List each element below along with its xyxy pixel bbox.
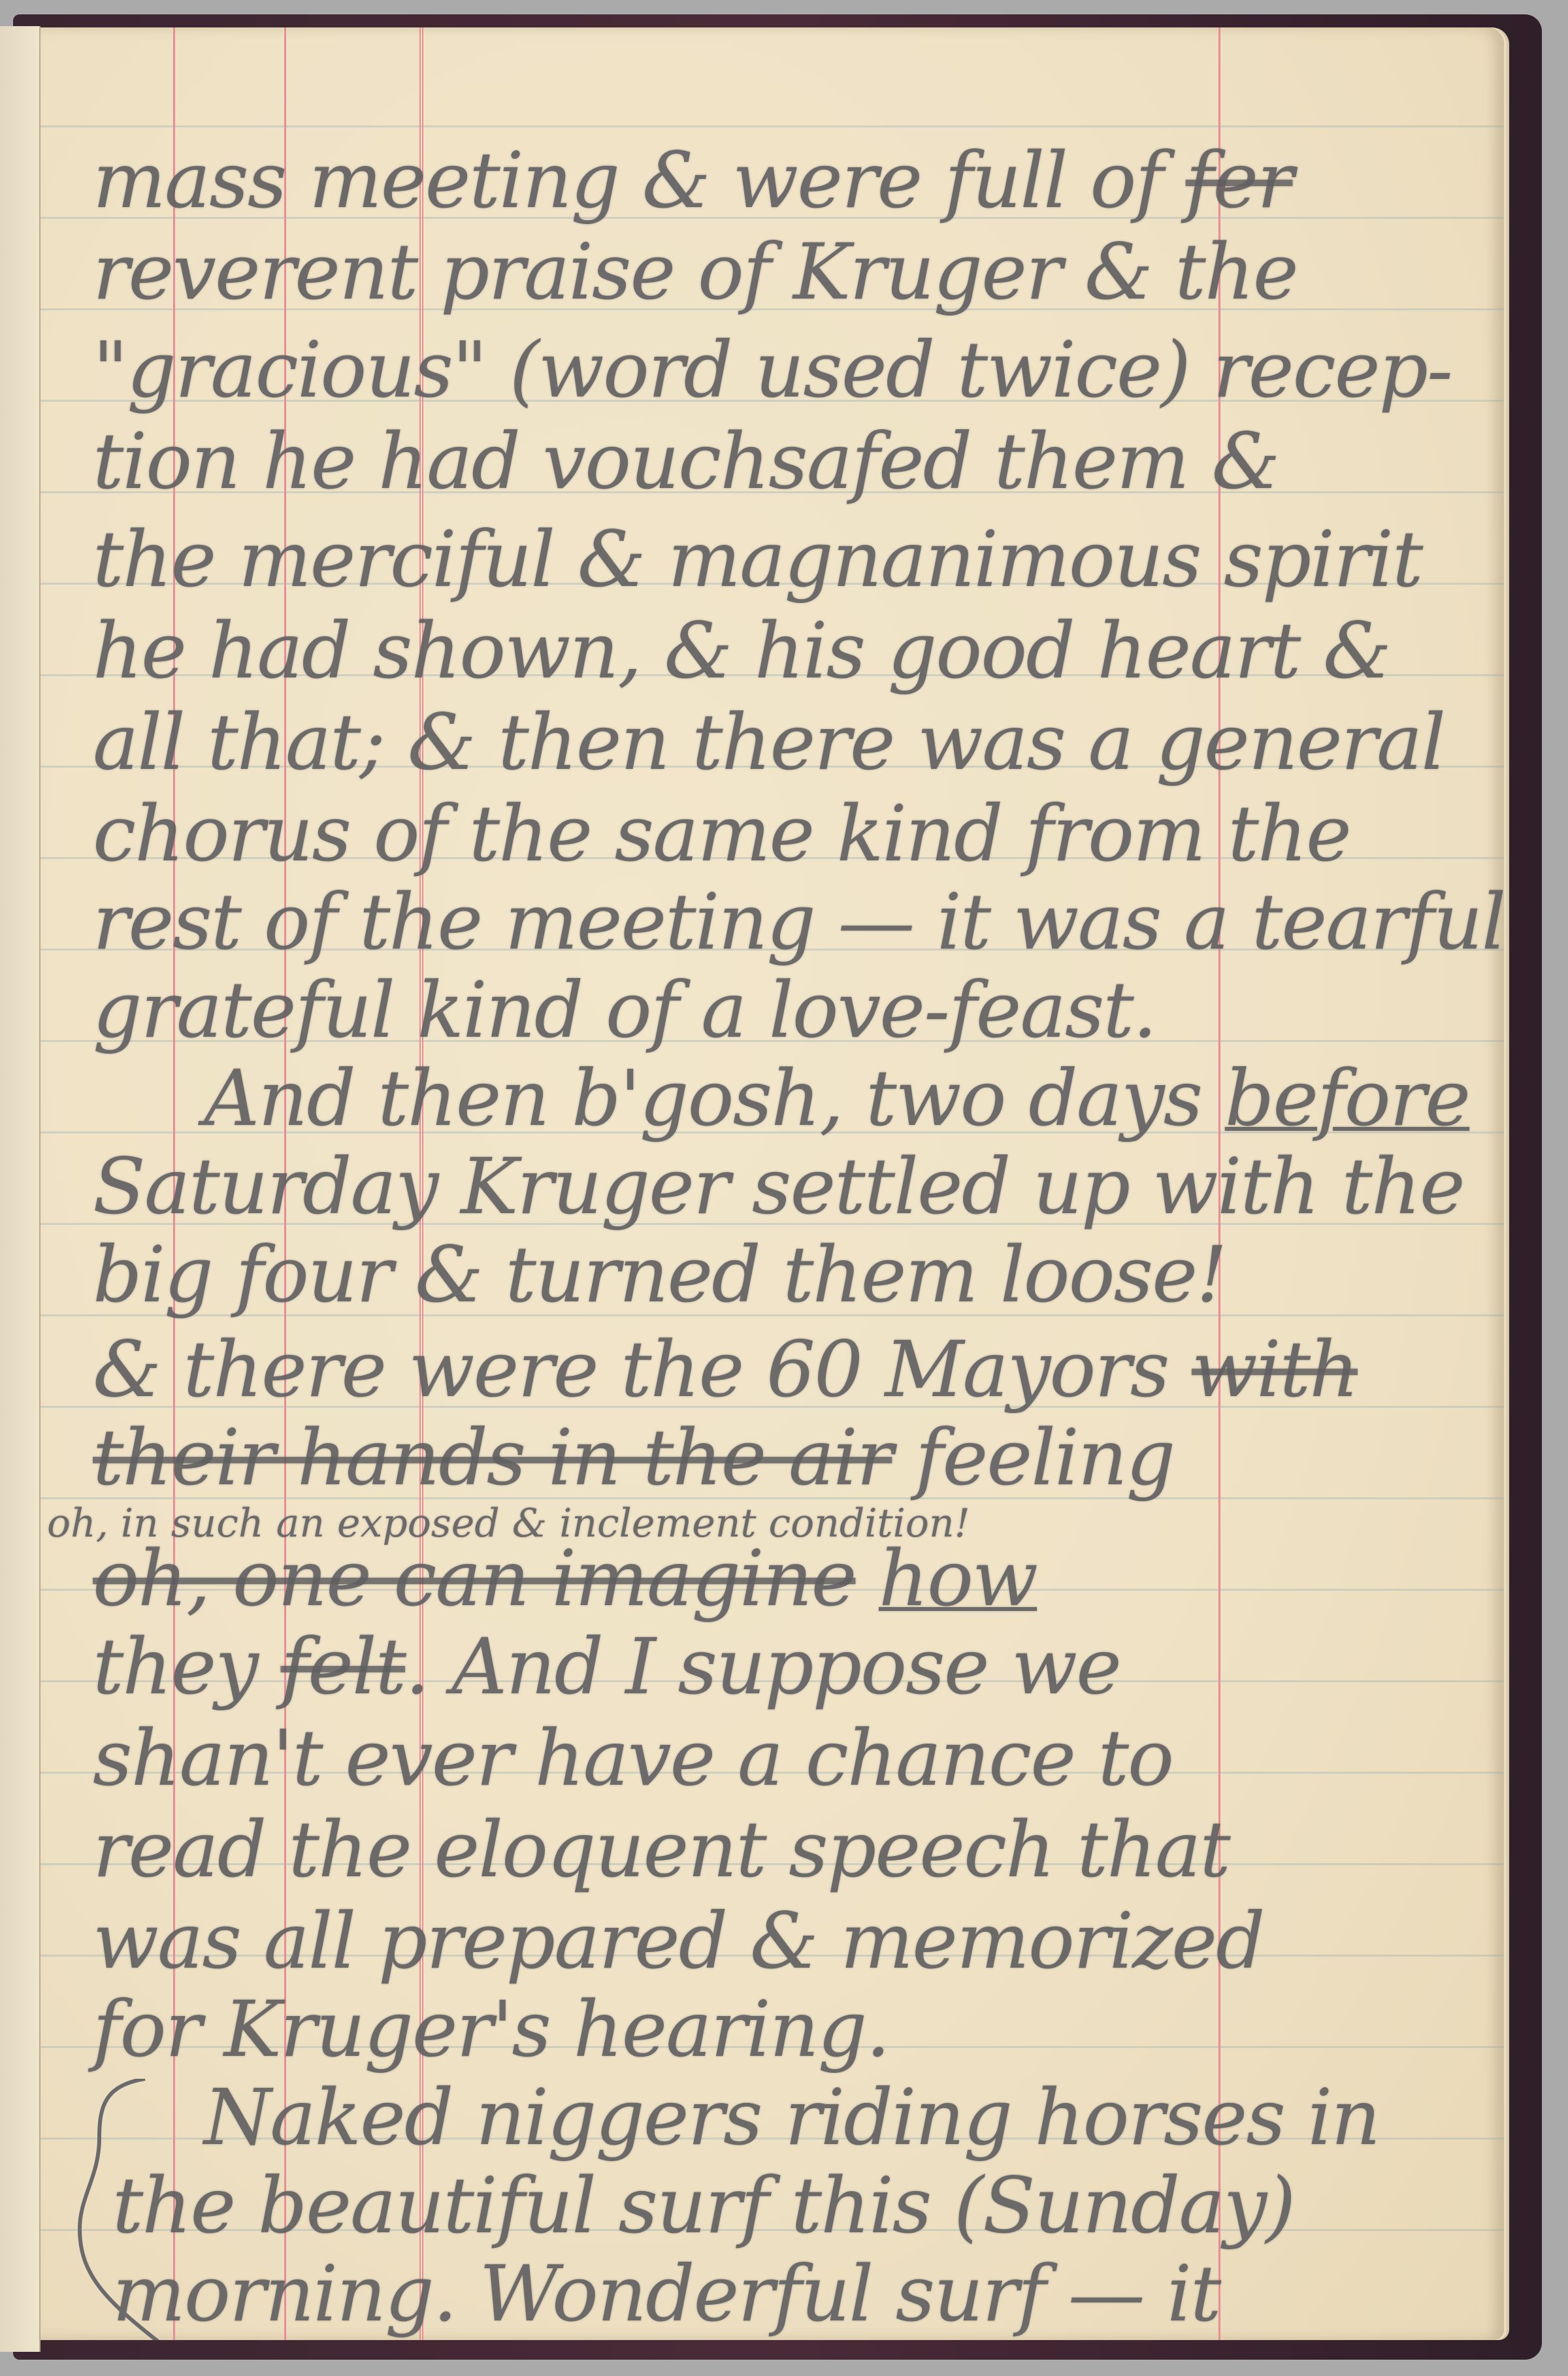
handwritten-line: the beautiful surf this (Sunday) (112, 2160, 1294, 2251)
handwritten-line: grateful kind of a love-feast. (93, 965, 1156, 1055)
handwritten-line: big four & turned them loose! (93, 1229, 1226, 1320)
handwritten-line: & there were the 60 Mayors with (93, 1324, 1358, 1414)
handwritten-line: Naked niggers riding horses in (204, 2072, 1379, 2162)
ruled-line (41, 125, 1504, 127)
handwritten-line: the merciful & magnanimous spirit (93, 514, 1422, 604)
handwritten-line: all that; & then there was a general (93, 697, 1445, 787)
handwritten-line: mass meeting & were full of fer (93, 135, 1293, 225)
handwritten-line: was all prepared & memorized (93, 1896, 1264, 1986)
handwritten-line: chorus of the same kind from the (93, 789, 1350, 879)
handwritten-line: morning. Wonderful surf — it (112, 2249, 1220, 2339)
margin-bracket-mark (67, 2079, 184, 2340)
handwritten-line: rest of the meeting — it was a tearful (93, 877, 1504, 967)
handwritten-line: they felt. And I suppose we (93, 1621, 1120, 1712)
notebook-page: mass meeting & were full of fer reverent… (41, 27, 1504, 2340)
handwritten-line: tion he had vouchsafed them & (93, 416, 1279, 506)
handwritten-line: shan't ever have a chance to (93, 1713, 1173, 1803)
handwritten-line: Saturday Kruger settled up with the (93, 1141, 1464, 1231)
handwritten-line: their hands in the air feeling (93, 1412, 1174, 1503)
handwritten-line: And then b'gosh, two days before (204, 1053, 1469, 1143)
facing-page-edge (0, 26, 41, 2352)
handwritten-line: he had shown, & his good heart & (93, 606, 1390, 696)
handwritten-line: "gracious" (word used twice) recep- (93, 325, 1452, 415)
handwritten-line: oh, one can imagine how (93, 1533, 1037, 1623)
handwritten-line: reverent praise of Kruger & the (93, 227, 1298, 317)
handwritten-line: for Kruger's hearing. (93, 1984, 889, 2074)
handwritten-line: read the eloquent speech that (93, 1804, 1230, 1895)
